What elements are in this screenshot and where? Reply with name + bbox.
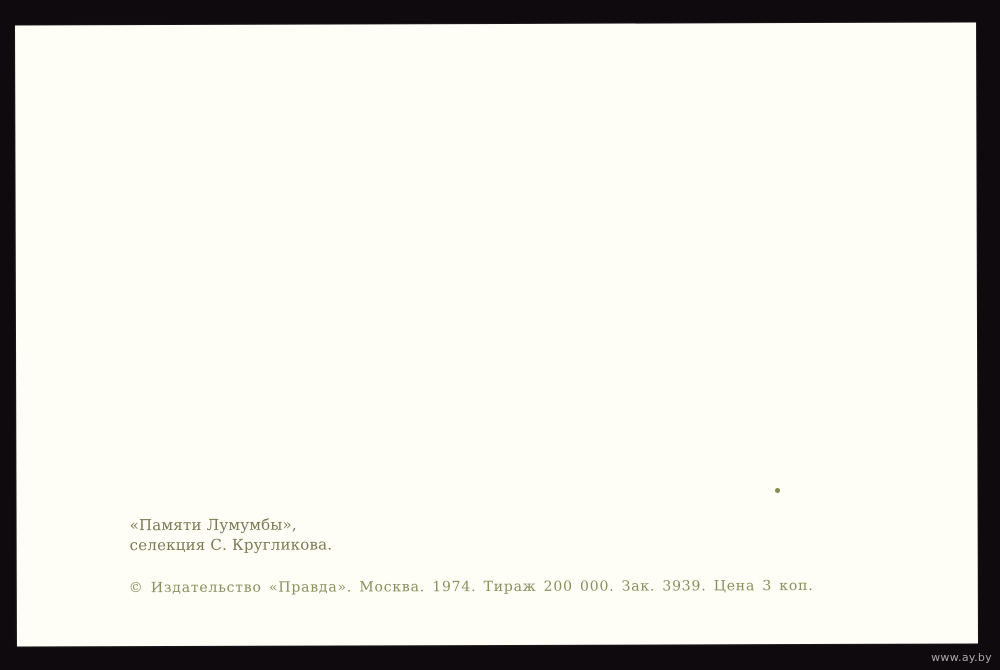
caption-title: «Памяти Лумумбы», (130, 515, 333, 536)
postcard-caption: «Памяти Лумумбы», селекция С. Кругликова… (130, 515, 333, 556)
postcard-back: «Памяти Лумумбы», селекция С. Кругликова… (15, 22, 978, 646)
watermark: www.ay.by (931, 651, 992, 664)
caption-credit: селекция С. Кругликова. (130, 535, 333, 556)
scan-background: «Памяти Лумумбы», селекция С. Кругликова… (0, 0, 1000, 670)
ink-speck (775, 488, 780, 493)
publisher-imprint: © Издательство «Правда». Москва. 1974. Т… (129, 577, 814, 597)
